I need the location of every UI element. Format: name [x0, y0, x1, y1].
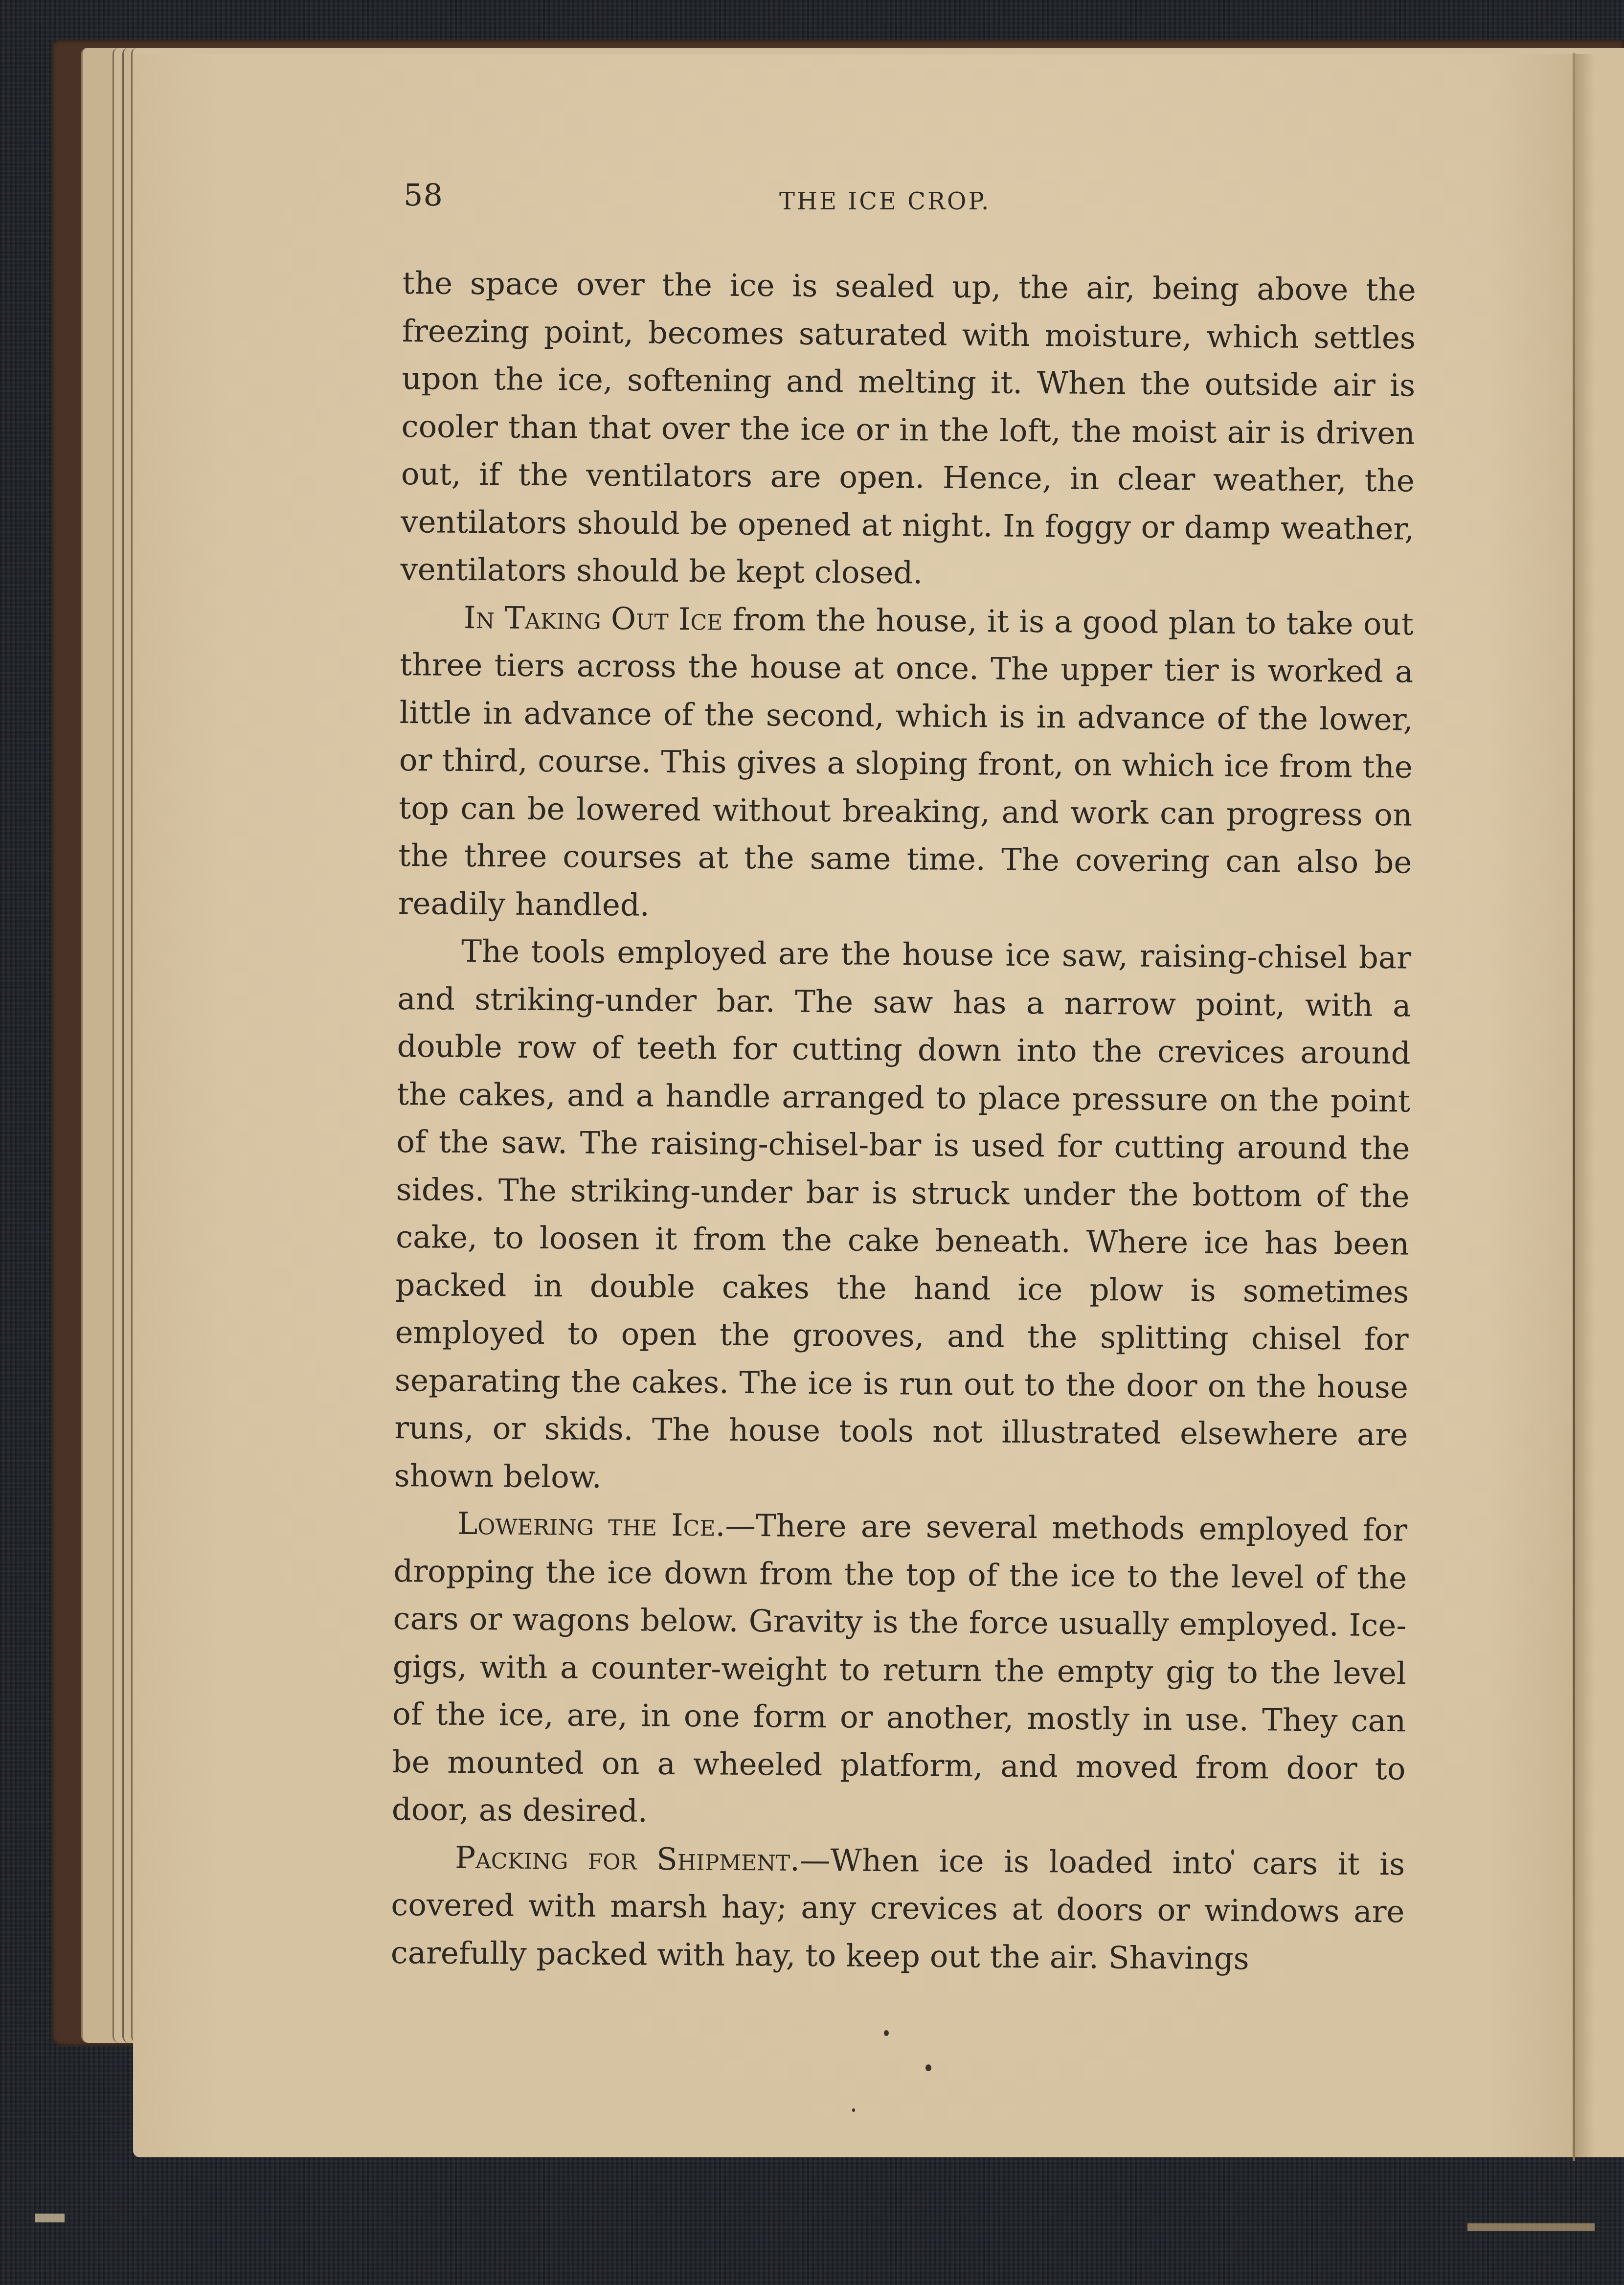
- paragraph-text: —There are several methods employed for …: [392, 1508, 1408, 1829]
- paragraph: Packing for Shipment.—When ice is loaded…: [390, 1833, 1405, 1983]
- paragraph: In Taking Out Ice from the house, it is …: [398, 593, 1414, 934]
- page-number: 58: [404, 177, 443, 213]
- frayed-corner: [35, 2214, 65, 2222]
- running-title: THE ICE CROP.: [779, 188, 991, 215]
- page-content: 58 THE ICE CROP. the space over the ice …: [403, 161, 1416, 1976]
- body-text: the space over the ice is sealed up, the…: [390, 259, 1416, 1983]
- running-head: 58 THE ICE CROP.: [403, 161, 1416, 220]
- section-lead: In Taking Out Ice: [464, 599, 723, 637]
- paragraph-text: The tools employed are the house ice saw…: [394, 933, 1411, 1495]
- section-lead: Packing for Shipment.: [455, 1839, 800, 1878]
- paragraph-text: from the house, it is a good plan to tak…: [398, 601, 1414, 923]
- paragraph: the space over the ice is sealed up, the…: [400, 259, 1416, 600]
- paragraph: The tools employed are the house ice saw…: [394, 927, 1411, 1506]
- section-lead: Lowering the Ice.: [457, 1506, 725, 1543]
- paragraph: Lowering the Ice.—There are several meth…: [392, 1499, 1408, 1840]
- facing-page-edge: [1575, 54, 1624, 2157]
- frayed-corner: [1467, 2223, 1595, 2231]
- paragraph-text: the space over the ice is sealed up, the…: [400, 265, 1416, 590]
